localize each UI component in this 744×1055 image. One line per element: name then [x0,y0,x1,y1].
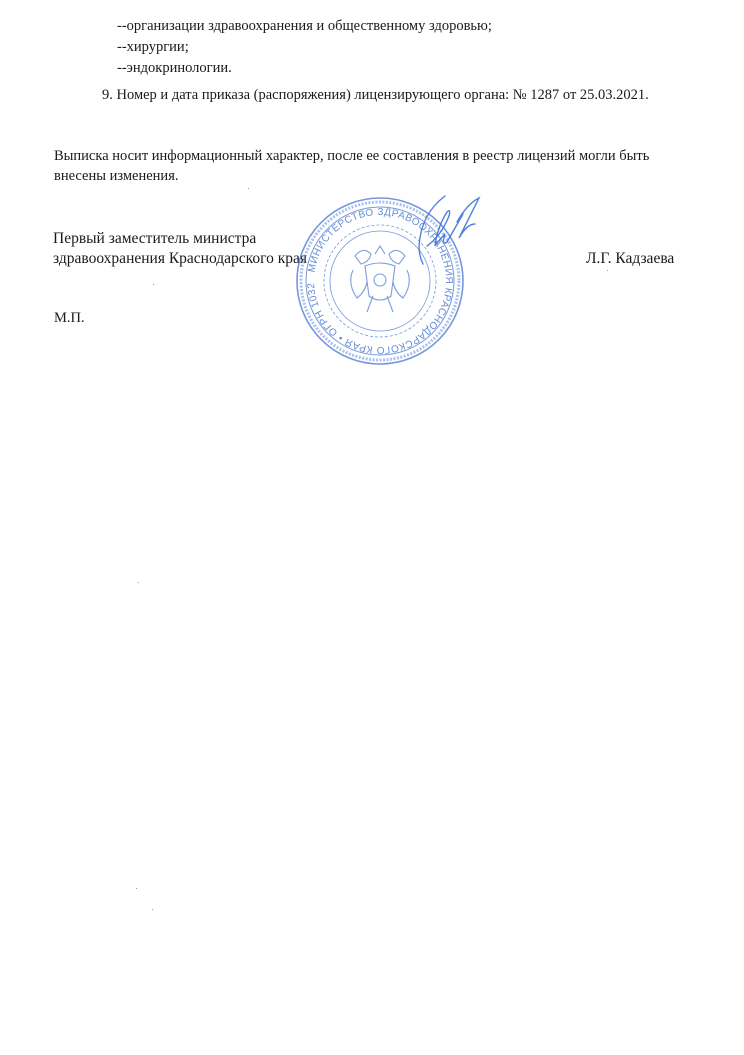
scan-speck [248,188,249,189]
info-note-line2: внесены изменения. [54,167,178,185]
signatory-name: Л.Г. Кадзаева [586,250,674,268]
list-item-surgery: --хирургии; [117,38,189,56]
list-item-endocrinology: --эндокринологии. [117,59,232,77]
info-note-line1: Выписка носит информационный характер, п… [54,147,649,165]
scan-speck [153,284,154,285]
list-item-public-health: --организации здравоохранения и обществе… [117,17,492,35]
scan-speck [136,888,137,889]
signatory-title-line1: Первый заместитель министра [53,230,256,248]
signatory-title-line2: здравоохранения Краснодарского края [53,250,307,268]
seal-mark: М.П. [54,309,85,327]
scan-speck [152,909,153,910]
scan-speck [607,270,608,271]
signature-icon [405,192,485,272]
scan-speck [138,582,139,583]
order-number-date: 9. Номер и дата приказа (распоряжения) л… [102,86,649,104]
